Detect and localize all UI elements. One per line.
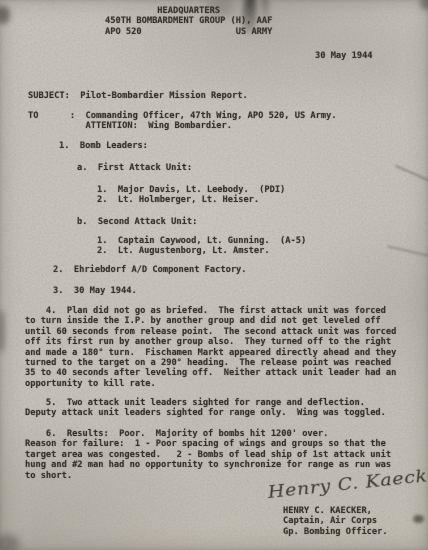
date-line: 30 May 1944 (315, 51, 373, 61)
target-line: 2. Ehriebdorf A/D Component Factory. (53, 265, 247, 275)
results-paragraph-6: 6. Results: Poor. Majority of bombs hit … (25, 429, 391, 481)
scratch-mark-right (395, 165, 428, 181)
sighting-paragraph-5: 5. Two attack unit leaders sighted for r… (25, 398, 386, 419)
mission-date-line: 3. 30 May 1944. (53, 286, 137, 296)
second-attack-unit-heading: b. Second Attack Unit: (77, 217, 197, 227)
stain-top-left (0, 6, 10, 24)
narrative-paragraph-4: 4. Plan did not go as briefed. The first… (25, 306, 396, 389)
document-page: HEADQUARTERS 450TH BOMBARDMENT GROUP (H)… (0, 0, 428, 550)
stain-left-edge (0, 310, 5, 352)
ink-blot-signature (413, 515, 424, 523)
stain-top-right (420, 0, 428, 10)
subject-line: SUBJECT: Pilot-Bombardier Mission Report… (28, 91, 248, 101)
first-attack-unit-heading: a. First Attack Unit: (77, 163, 192, 173)
bomb-leaders-heading: 1. Bomb Leaders: (59, 141, 148, 151)
letterhead: HEADQUARTERS 450TH BOMBARDMENT GROUP (H)… (105, 6, 272, 37)
scratch-mark-right-2 (387, 245, 428, 256)
stain-bottom-left (0, 534, 20, 550)
first-attack-unit-crews: 1. Major Davis, Lt. Leebody. (PDI) 2. Lt… (97, 185, 285, 206)
signature-typed-block: HENRY C. KAECKER, Captain, Air Corps Gp.… (283, 506, 388, 537)
to-block: TO : Commanding Officer, 47th Wing, APO … (28, 111, 337, 132)
second-attack-unit-crews: 1. Captain Caywood, Lt. Gunning. (A-5) 2… (97, 236, 306, 257)
